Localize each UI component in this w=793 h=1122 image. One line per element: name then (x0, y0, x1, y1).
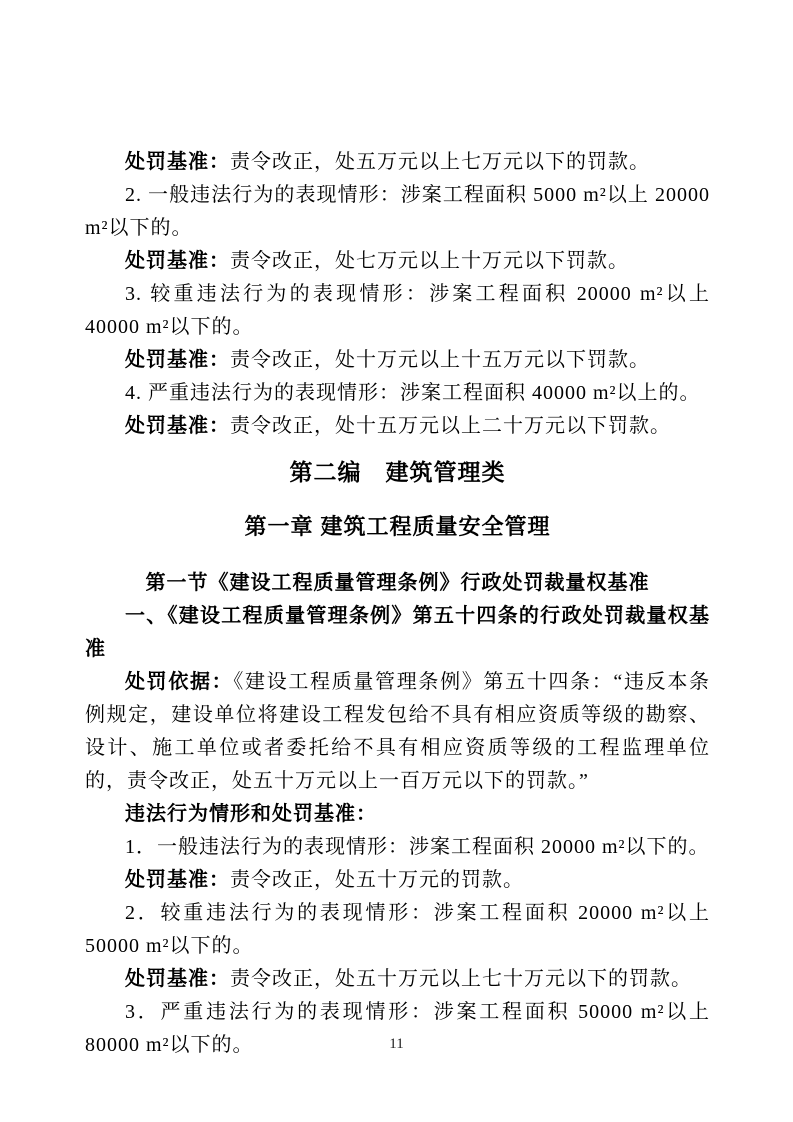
text-run: 责令改正，处十万元以上十五万元以下罚款。 (230, 349, 650, 371)
chapter-heading: 第一章 建筑工程质量安全管理 (85, 513, 710, 541)
paragraph: 处罚基准：责令改正，处五十万元的罚款。 (85, 864, 710, 897)
penalty-standards-block-bottom: 一、《建设工程质量管理条例》第五十四条的行政处罚裁量权基准处罚依据：《建设工程质… (85, 600, 710, 1062)
text-run: 责令改正，处五十万元以上七十万元以下的罚款。 (230, 968, 692, 990)
paragraph: 2. 一般违法行为的表现情形：涉案工程面积 5000 m²以上 20000 m²… (85, 179, 710, 245)
bold-label: 一、《建设工程质量管理条例》第五十四条的行政处罚裁量权基准 (85, 605, 710, 660)
paragraph: 2．较重违法行为的表现情形：涉案工程面积 20000 m²以上 50000 m²… (85, 897, 710, 963)
bold-label: 违法行为情形和处罚基准： (125, 803, 377, 825)
bold-label: 处罚基准： (125, 151, 230, 173)
bold-label: 处罚基准： (125, 415, 230, 437)
text-run: 4. 严重违法行为的表现情形：涉案工程面积 40000 m²以上的。 (125, 382, 701, 404)
paragraph: 处罚基准：责令改正，处七万元以上十万元以下罚款。 (85, 245, 710, 278)
bold-label: 处罚基准： (125, 349, 230, 371)
text-run: 责令改正，处七万元以上十万元以下罚款。 (230, 250, 629, 272)
penalty-standards-block-top: 处罚基准：责令改正，处五万元以上七万元以下的罚款。2. 一般违法行为的表现情形：… (85, 146, 710, 443)
paragraph: 处罚基准：责令改正，处十万元以上十五万元以下罚款。 (85, 344, 710, 377)
text-run: 3. 较重违法行为的表现情形：涉案工程面积 20000 m²以上 40000 m… (85, 283, 710, 338)
paragraph: 一、《建设工程质量管理条例》第五十四条的行政处罚裁量权基准 (85, 600, 710, 666)
text-run: 1．一般违法行为的表现情形：涉案工程面积 20000 m²以下的。 (125, 836, 710, 858)
section-heading: 第一节《建设工程质量管理条例》行政处罚裁量权基准 (85, 567, 710, 600)
text-run: 责令改正，处十五万元以上二十万元以下罚款。 (230, 415, 671, 437)
bold-label: 处罚基准： (125, 869, 230, 891)
document-page: 处罚基准：责令改正，处五万元以上七万元以下的罚款。2. 一般违法行为的表现情形：… (0, 0, 793, 1122)
bold-label: 处罚基准： (125, 250, 230, 272)
paragraph: 3. 较重违法行为的表现情形：涉案工程面积 20000 m²以上 40000 m… (85, 278, 710, 344)
paragraph: 违法行为情形和处罚基准： (85, 798, 710, 831)
page-number: 11 (0, 1036, 793, 1053)
paragraph: 处罚依据：《建设工程质量管理条例》第五十四条：“违反本条例规定，建设单位将建设工… (85, 666, 710, 798)
part-heading: 第二编 建筑管理类 (85, 457, 710, 487)
text-run: 责令改正，处五十万元的罚款。 (230, 869, 524, 891)
paragraph: 处罚基准：责令改正，处五十万元以上七十万元以下的罚款。 (85, 963, 710, 996)
text-run: 2．较重违法行为的表现情形：涉案工程面积 20000 m²以上 50000 m²… (85, 902, 710, 957)
paragraph: 1．一般违法行为的表现情形：涉案工程面积 20000 m²以下的。 (85, 831, 710, 864)
bold-label: 处罚基准： (125, 968, 230, 990)
paragraph: 处罚基准：责令改正，处五万元以上七万元以下的罚款。 (85, 146, 710, 179)
paragraph: 处罚基准：责令改正，处十五万元以上二十万元以下罚款。 (85, 410, 710, 443)
text-run: 责令改正，处五万元以上七万元以下的罚款。 (230, 151, 650, 173)
bold-label: 处罚依据： (125, 671, 233, 693)
paragraph: 4. 严重违法行为的表现情形：涉案工程面积 40000 m²以上的。 (85, 377, 710, 410)
text-run: 2. 一般违法行为的表现情形：涉案工程面积 5000 m²以上 20000 m²… (85, 184, 710, 239)
